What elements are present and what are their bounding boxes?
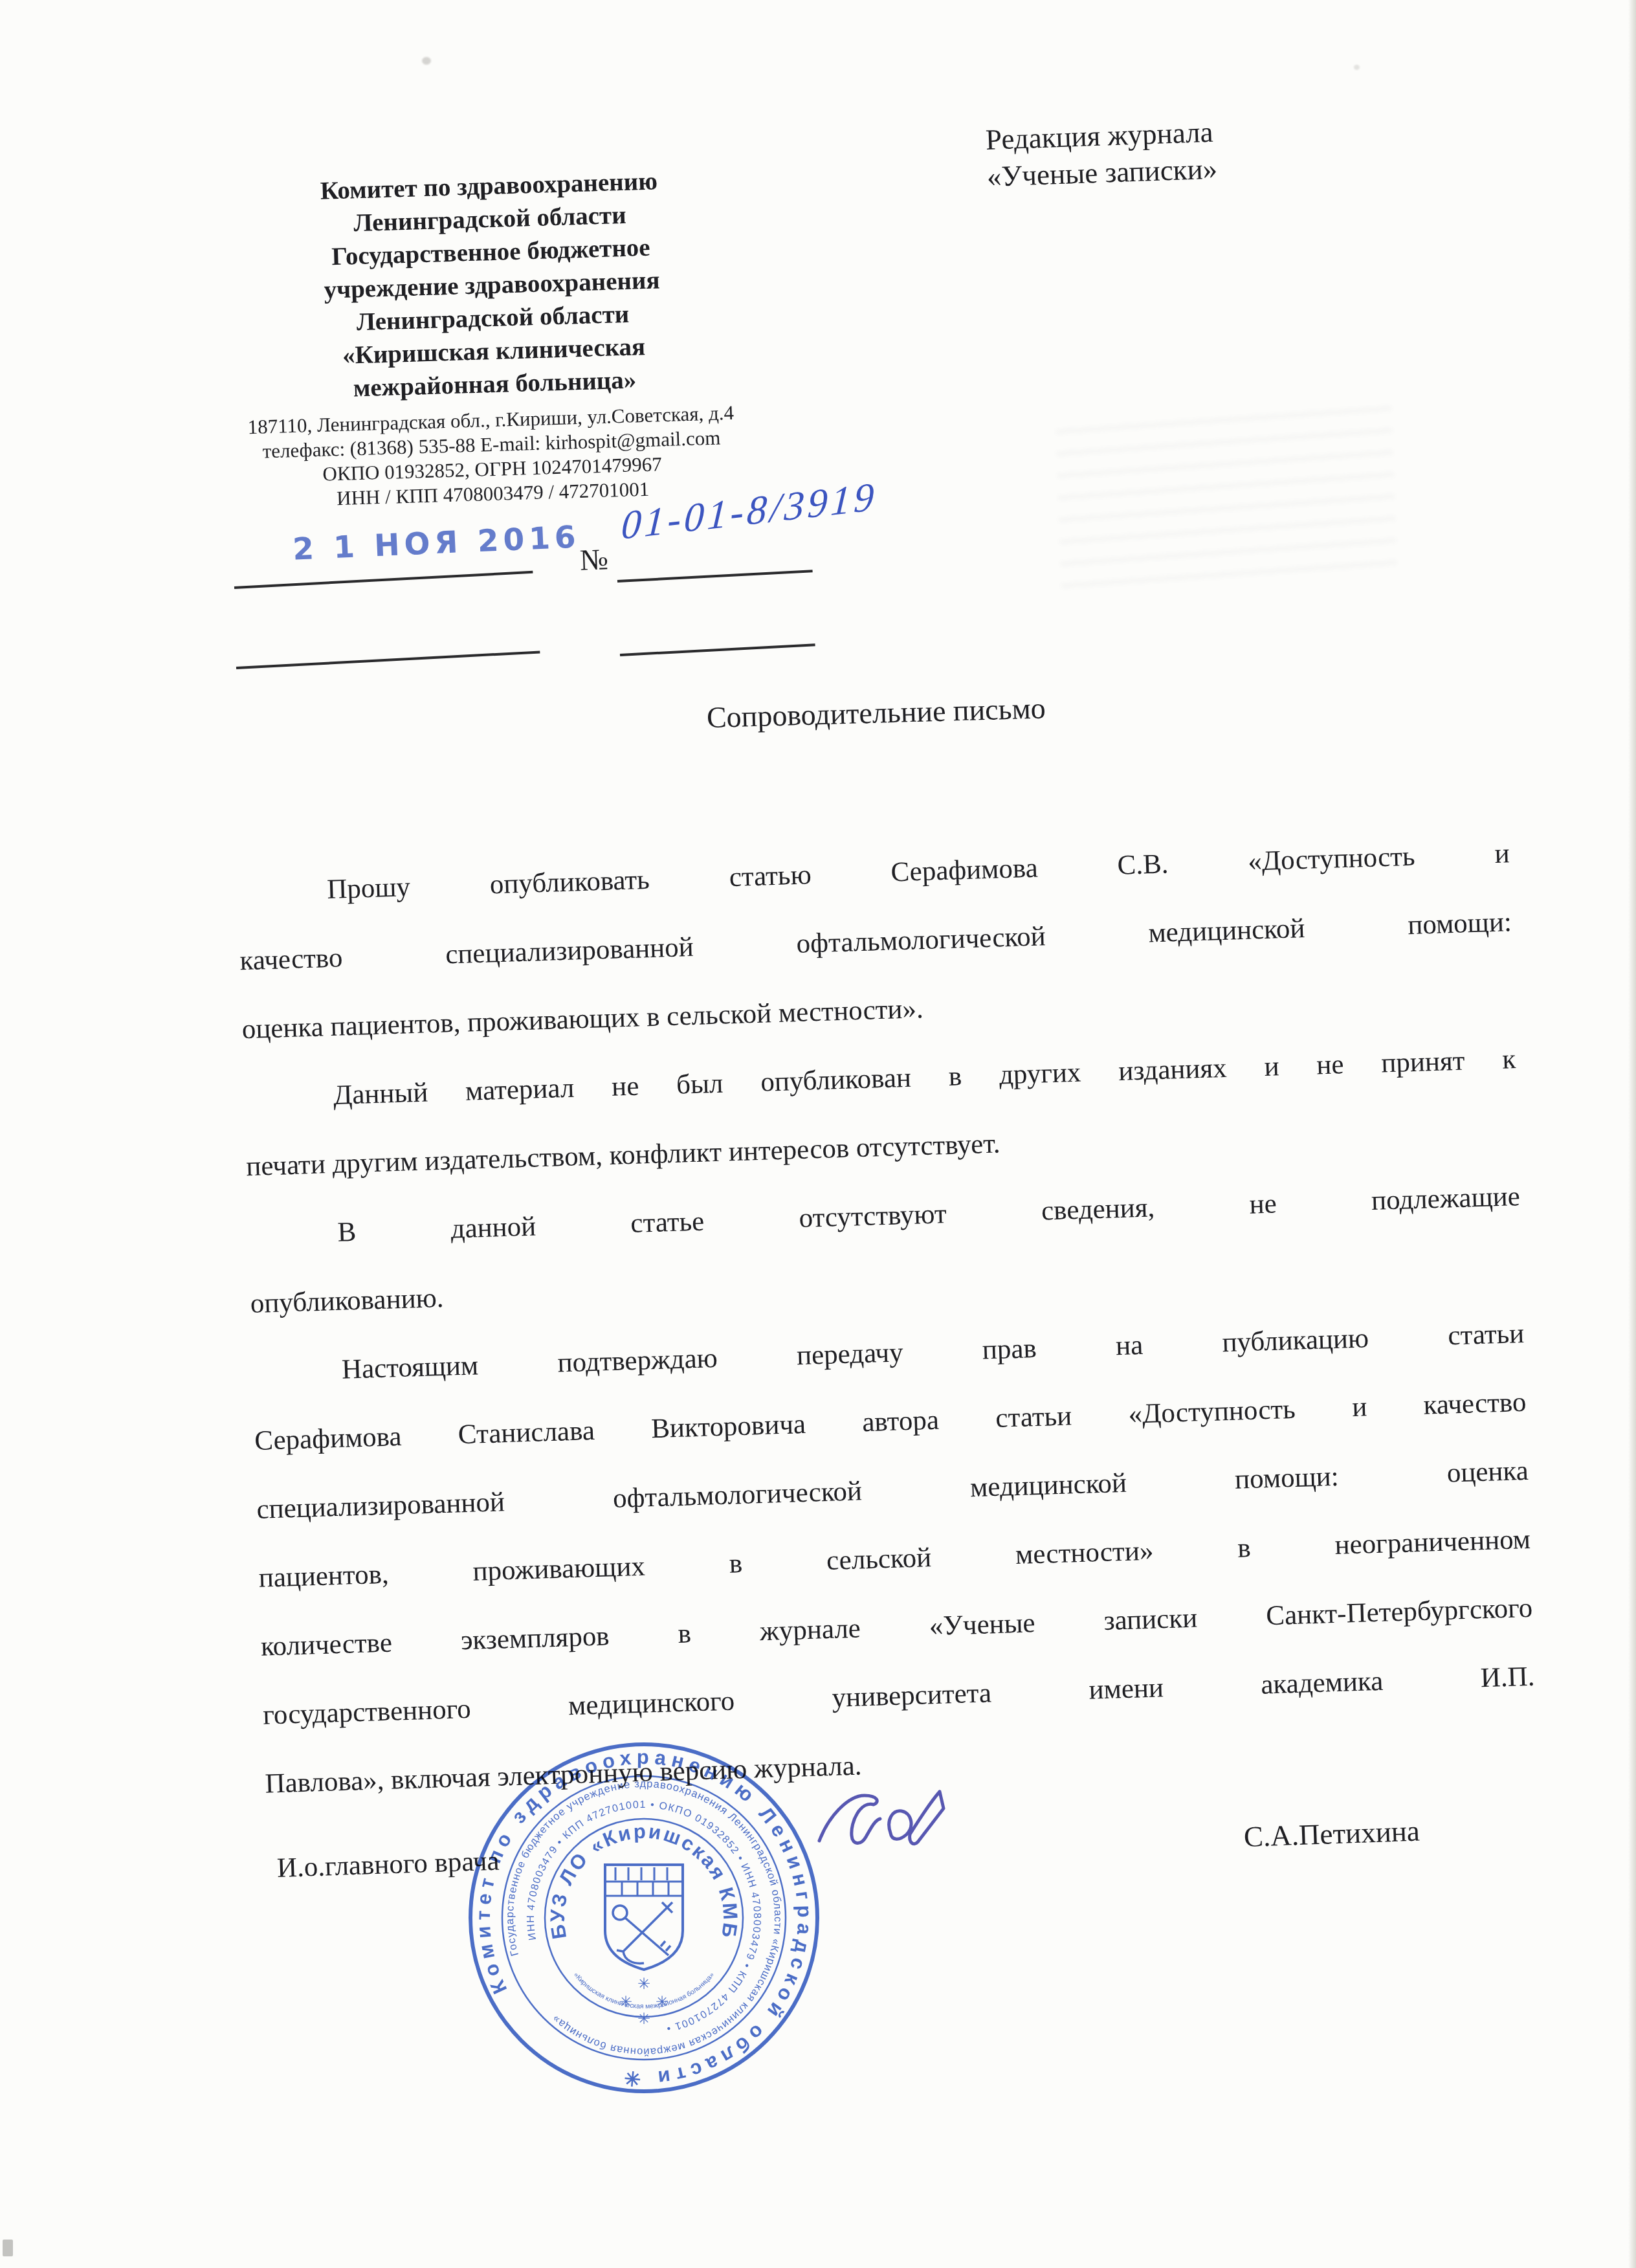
number-label: № — [579, 542, 609, 577]
scan-speck — [3, 2240, 13, 2256]
number-underline — [617, 570, 813, 583]
letter-body: Прошу опубликовать статью Серафимова С.В… — [237, 819, 1538, 1818]
recipient-block: Редакция журнала «Ученые записки» — [985, 109, 1350, 195]
bleed-through-ghost — [1055, 401, 1397, 594]
blank-underline-right — [620, 643, 815, 656]
scanned-letter-page: Редакция журнала «Ученые записки» Комите… — [0, 0, 1636, 2268]
scan-speck — [422, 57, 431, 65]
scan-edge-shadow — [1628, 0, 1636, 2268]
seal-asterisk: ✳ — [619, 1994, 632, 2011]
letterhead-org: Комитет по здравоохранению Ленинградской… — [203, 161, 781, 409]
seal-outer-ring-text: Комитет по здравоохранению Ленинградской… — [472, 1746, 817, 2091]
scan-speck — [1354, 65, 1360, 70]
blank-underline-left — [236, 650, 540, 669]
official-round-seal: Комитет по здравоохранению Ленинградской… — [450, 1724, 838, 2112]
signer-name: С.А.Петихина — [1243, 1814, 1420, 1854]
seal-asterisk: ✳ — [656, 1994, 669, 2011]
seal-asterisk: ✳ — [637, 1975, 650, 1993]
seal-asterisk: ✳ — [637, 2010, 650, 2028]
date-stamp: 2 1 НОЯ 2016 — [292, 519, 581, 567]
handwritten-signature — [814, 1781, 956, 1865]
date-underline — [234, 571, 533, 589]
document-title: Сопроводительние письмо — [706, 691, 1046, 735]
seal-coat-of-arms — [605, 1865, 683, 1970]
